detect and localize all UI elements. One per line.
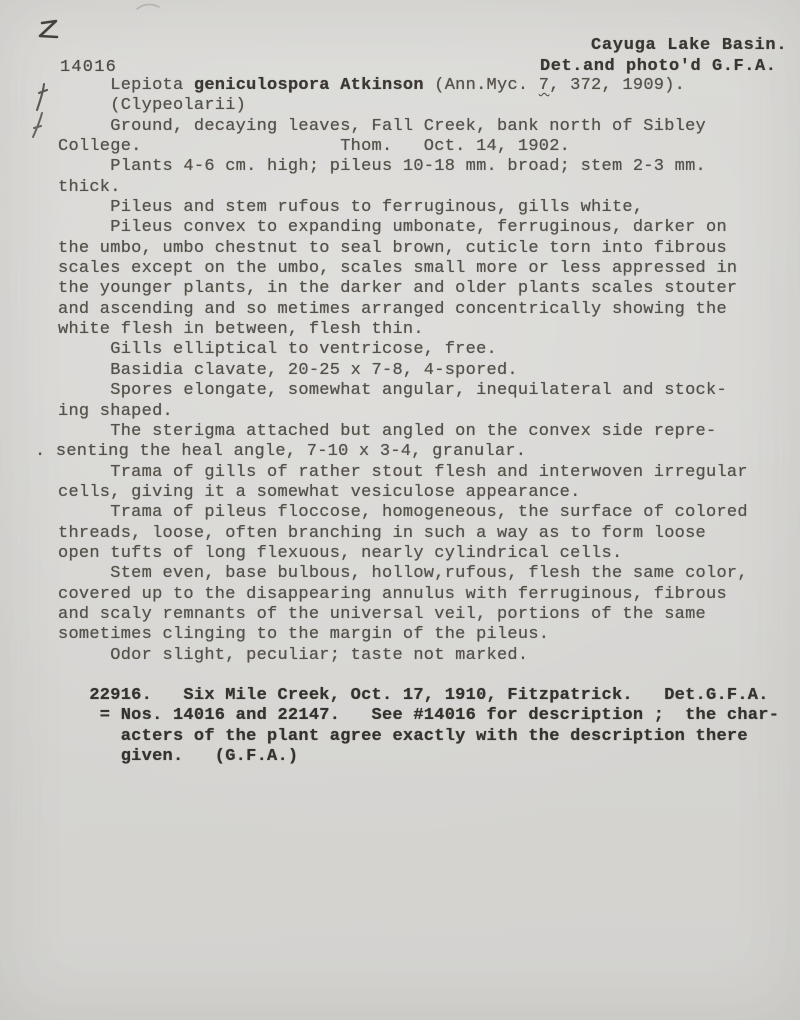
typed-line: given. (G.F.A.)	[58, 747, 779, 767]
typed-line: and scaly remnants of the universal veil…	[58, 605, 748, 625]
handwritten-z-mark	[40, 21, 57, 37]
typed-line: 22916. Six Mile Creek, Oct. 17, 1910, Fi…	[58, 686, 779, 706]
typed-line: white flesh in between, flesh thin.	[58, 320, 748, 340]
typed-line: the younger plants, in the darker and ol…	[58, 279, 748, 299]
title-indent	[58, 76, 110, 95]
typed-line: Pileus convex to expanding umbonate, fer…	[58, 218, 748, 238]
citation-post: , 372, 1909).	[549, 76, 685, 95]
typed-line: Pileus and stem rufous to ferruginous, g…	[58, 198, 748, 218]
determiner-credit: Det.and photo'd G.F.A.	[540, 57, 777, 76]
body-lines-host: (Clypeolarii) Ground, decaying leaves, F…	[58, 96, 748, 666]
typed-line: ing shaped.	[58, 402, 748, 422]
pen-stroke-1	[37, 84, 47, 110]
typed-line: Odor slight, peculiar; taste not marked.	[58, 646, 748, 666]
typed-line: Stem even, base bulbous, hollow,rufous, …	[58, 564, 748, 584]
typed-line: and ascending and so metimes arranged co…	[58, 300, 748, 320]
typed-line: sometimes clinging to the margin of the …	[58, 625, 748, 645]
volume-number: 7	[539, 76, 549, 95]
typed-line: covered up to the disappearing annulus w…	[58, 585, 748, 605]
typed-line: The sterigma attached but angled on the …	[58, 422, 748, 442]
typed-line: Basidia clavate, 20-25 x 7-8, 4-spored.	[58, 361, 748, 381]
typed-line: cells, giving it a somewhat vesiculose a…	[58, 483, 748, 503]
typed-line: thick.	[58, 178, 748, 198]
note-lines-host: 22916. Six Mile Creek, Oct. 17, 1910, Fi…	[58, 686, 779, 767]
typed-line: Plants 4-6 cm. high; pileus 10-18 mm. br…	[58, 157, 748, 177]
species-name: geniculospora Atkinson	[194, 76, 424, 95]
typed-line: Gills elliptical to ventricose, free.	[58, 340, 748, 360]
typed-line: open tufts of long flexuous, nearly cyli…	[58, 544, 748, 564]
pen-stroke-2	[33, 113, 42, 137]
typed-line: Trama of gills of rather stout flesh and…	[58, 463, 748, 483]
typed-line: Ground, decaying leaves, Fall Creek, ban…	[58, 117, 748, 137]
typed-line: acters of the plant agree exactly with t…	[58, 727, 779, 747]
typed-line: (Clypeolarii)	[58, 96, 748, 116]
typed-line: threads, loose, often branching in such …	[58, 524, 748, 544]
typed-line: Spores elongate, somewhat angular, inequ…	[58, 381, 748, 401]
species-title-line: Lepiota geniculospora Atkinson (Ann.Myc.…	[58, 76, 748, 96]
second-collection-note: 22916. Six Mile Creek, Oct. 17, 1910, Fi…	[58, 686, 779, 767]
citation-pre: (Ann.Myc.	[424, 76, 539, 95]
typed-line: . senting the heal angle, 7-10 x 3-4, gr…	[35, 442, 748, 462]
specimen-number: 14016	[60, 58, 117, 77]
header-region-label: Cayuga Lake Basin.	[591, 36, 787, 55]
pencil-squiggle	[137, 4, 159, 9]
typed-line: = Nos. 14016 and 22147. See #14016 for d…	[58, 706, 779, 726]
typed-line: the umbo, umbo chestnut to seal brown, c…	[58, 239, 748, 259]
typed-line: Trama of pileus floccose, homogeneous, t…	[58, 503, 748, 523]
typed-line: College. Thom. Oct. 14, 1902.	[58, 137, 748, 157]
scanned-page: Cayuga Lake Basin. 14016 Det.and photo'd…	[0, 0, 800, 1020]
typed-line: scales except on the umbo, scales small …	[58, 259, 748, 279]
description-text: Lepiota geniculospora Atkinson (Ann.Myc.…	[58, 76, 748, 666]
genus-name: Lepiota	[110, 76, 194, 95]
